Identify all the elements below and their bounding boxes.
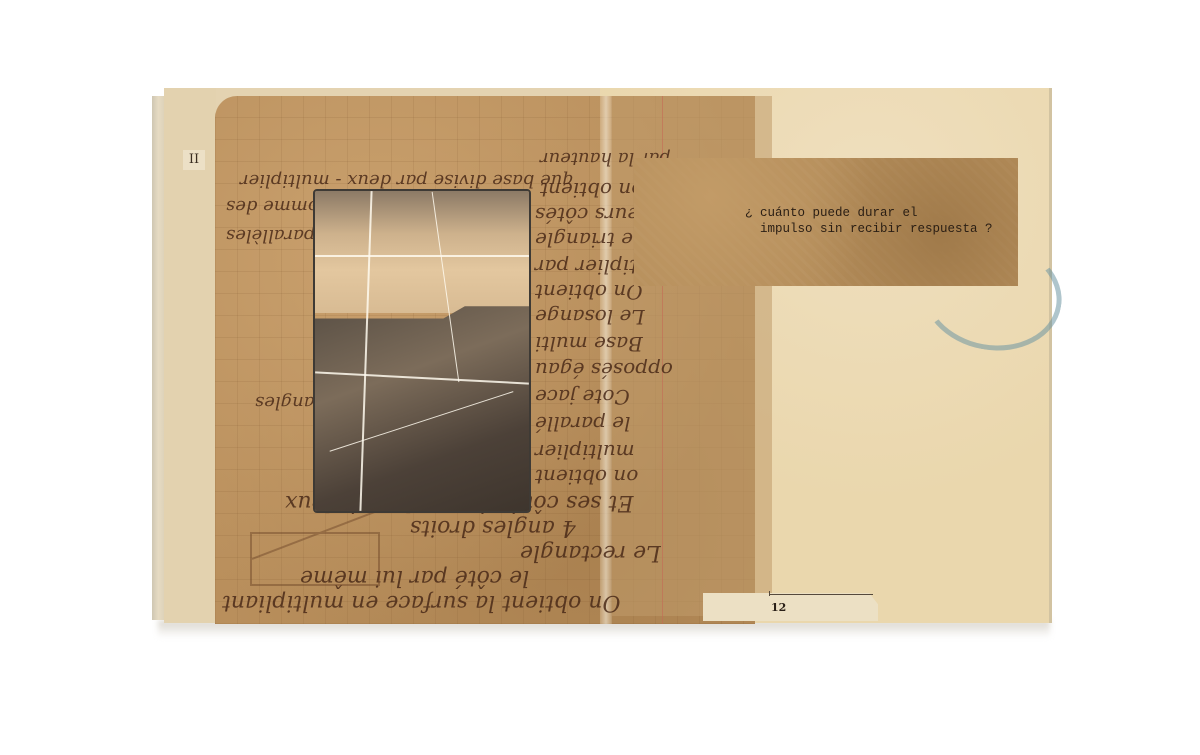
handwriting-line: Le triangle <box>535 228 646 252</box>
left-page-number: II <box>183 150 205 170</box>
handwriting-line: multiplier <box>535 440 635 464</box>
creased-landscape-photo <box>313 189 531 513</box>
handwriting-line: Le rectangle <box>520 540 661 565</box>
handwriting-line: le parallé <box>535 412 630 436</box>
right-page-number: 12 <box>771 601 786 614</box>
handwriting-line: Base multi <box>535 332 643 356</box>
handwriting-line: On obtient la surface en multipliant <box>222 590 621 615</box>
typed-note-line-1: ¿ cuánto puede durar el <box>745 206 918 220</box>
handwriting-line: Le losange <box>535 305 645 329</box>
handwriting-line: que base divise par deux - multiplier <box>240 170 574 191</box>
page-number-label-strip <box>703 593 878 621</box>
photo-cliff <box>315 306 529 511</box>
handwriting-line: leurs côtés <box>535 203 646 227</box>
handwriting-line: opposés égau <box>535 358 673 382</box>
label-rule <box>770 594 873 595</box>
photo-crease <box>315 255 529 257</box>
handwriting-line: 4 angles droits <box>410 515 576 540</box>
handwriting-line: parallèles <box>226 225 315 246</box>
handwriting-line: Cote jace <box>535 385 630 409</box>
handwriting-line: On obtient <box>535 280 643 304</box>
typed-note: ¿ cuánto puede durar el impulso sin reci… <box>745 205 993 237</box>
photo-sky <box>315 191 529 313</box>
typed-note-line-2: impulso sin recibir respuesta ? <box>745 222 993 236</box>
rectangle-sketch <box>250 532 380 586</box>
handwriting-line: on obtient <box>535 465 638 489</box>
handwriting-line: angles <box>255 392 315 413</box>
